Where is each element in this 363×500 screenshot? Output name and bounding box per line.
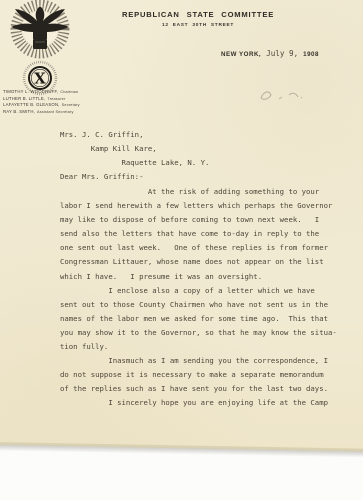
organization-name: REPUBLICAN STATE COMMITTEE: [90, 10, 306, 19]
officer-row: TIMOTHY L. WOODRUFF,Chairman: [3, 89, 113, 96]
letter-line: send also the letters that have come to-…: [60, 227, 337, 241]
pencil-mark: [255, 86, 315, 106]
letter-line: do not suppose it is necessary to make a…: [60, 368, 337, 382]
letter-line: which I have. I presume it was an oversi…: [60, 270, 337, 284]
letter-line: names of the labor men we asked for some…: [60, 312, 337, 326]
officer-title: Secretary: [62, 103, 80, 107]
address-line: Mrs. J. C. Griffin,: [60, 128, 209, 142]
address-line: Kamp Kill Kare,: [60, 142, 209, 156]
officer-title: Chairman: [60, 90, 78, 94]
letter-line: I sincerely hope you are enjoying life a…: [60, 396, 337, 410]
dateline: NEW YORK, July 9, 1908: [221, 49, 319, 58]
letter-line: At the risk of adding something to your: [60, 185, 337, 199]
letter-line: I enclose also a copy of a letter which …: [60, 284, 337, 298]
letter-line: may like to dispose of before coming to …: [60, 213, 337, 227]
officer-name: LAFAYETTE B. GLEASON,: [3, 102, 60, 107]
eagle-emblem-icon: X: [5, 0, 75, 100]
officer-row: LAFAYETTE B. GLEASON,Secretary: [3, 102, 113, 109]
address-line: Raquette Lake, N. Y.: [60, 156, 209, 170]
svg-text:X: X: [34, 70, 46, 88]
masthead: REPUBLICAN STATE COMMITTEE 12 EAST 30TH …: [90, 10, 306, 28]
dateline-place: NEW YORK,: [221, 51, 261, 58]
letter-line: tion fully.: [60, 340, 337, 354]
letter-line: sent out to those County Chairmen who ha…: [60, 298, 337, 312]
letter-line: Inasmuch as I am sending you the corresp…: [60, 354, 337, 368]
officer-name: TIMOTHY L. WOODRUFF,: [3, 89, 58, 94]
letter-line: Congressman Littauer, whose name does no…: [60, 255, 337, 269]
letter-line: labor I send herewith a few letters whic…: [60, 199, 337, 213]
letter-line: you may show it to the Governor, so that…: [60, 326, 337, 340]
officers-list: TIMOTHY L. WOODRUFF,Chairman LUTHER B. L…: [3, 89, 113, 116]
officer-title: Assistant Secretary: [37, 110, 74, 114]
officer-title: Treasurer: [47, 97, 65, 101]
officer-row: RAY B. SMITH,Assistant Secretary: [3, 109, 113, 116]
salutation: Dear Mrs. Griffin:-: [60, 170, 143, 184]
officer-row: LUTHER B. LITTLE,Treasurer: [3, 96, 113, 103]
letter-body: At the risk of adding something to yourl…: [60, 185, 337, 411]
officer-name: LUTHER B. LITTLE,: [3, 96, 45, 101]
letter-line: one sent out last week. One of these rep…: [60, 241, 337, 255]
recipient-address: Mrs. J. C. Griffin, Kamp Kill Kare, Raqu…: [60, 128, 209, 170]
organization-address: 12 EAST 30TH STREET: [90, 23, 306, 28]
officer-name: RAY B. SMITH,: [3, 109, 35, 114]
scanned-letter-page: X TIMOTHY L. WOODRUFF,Chairman LUTHER B.…: [0, 0, 363, 500]
dateline-typed-date: July 9,: [266, 49, 298, 58]
ballot-box: [33, 39, 47, 49]
dateline-year: 1908: [303, 51, 319, 58]
letter-line: of the replies such as I have sent you f…: [60, 382, 337, 396]
